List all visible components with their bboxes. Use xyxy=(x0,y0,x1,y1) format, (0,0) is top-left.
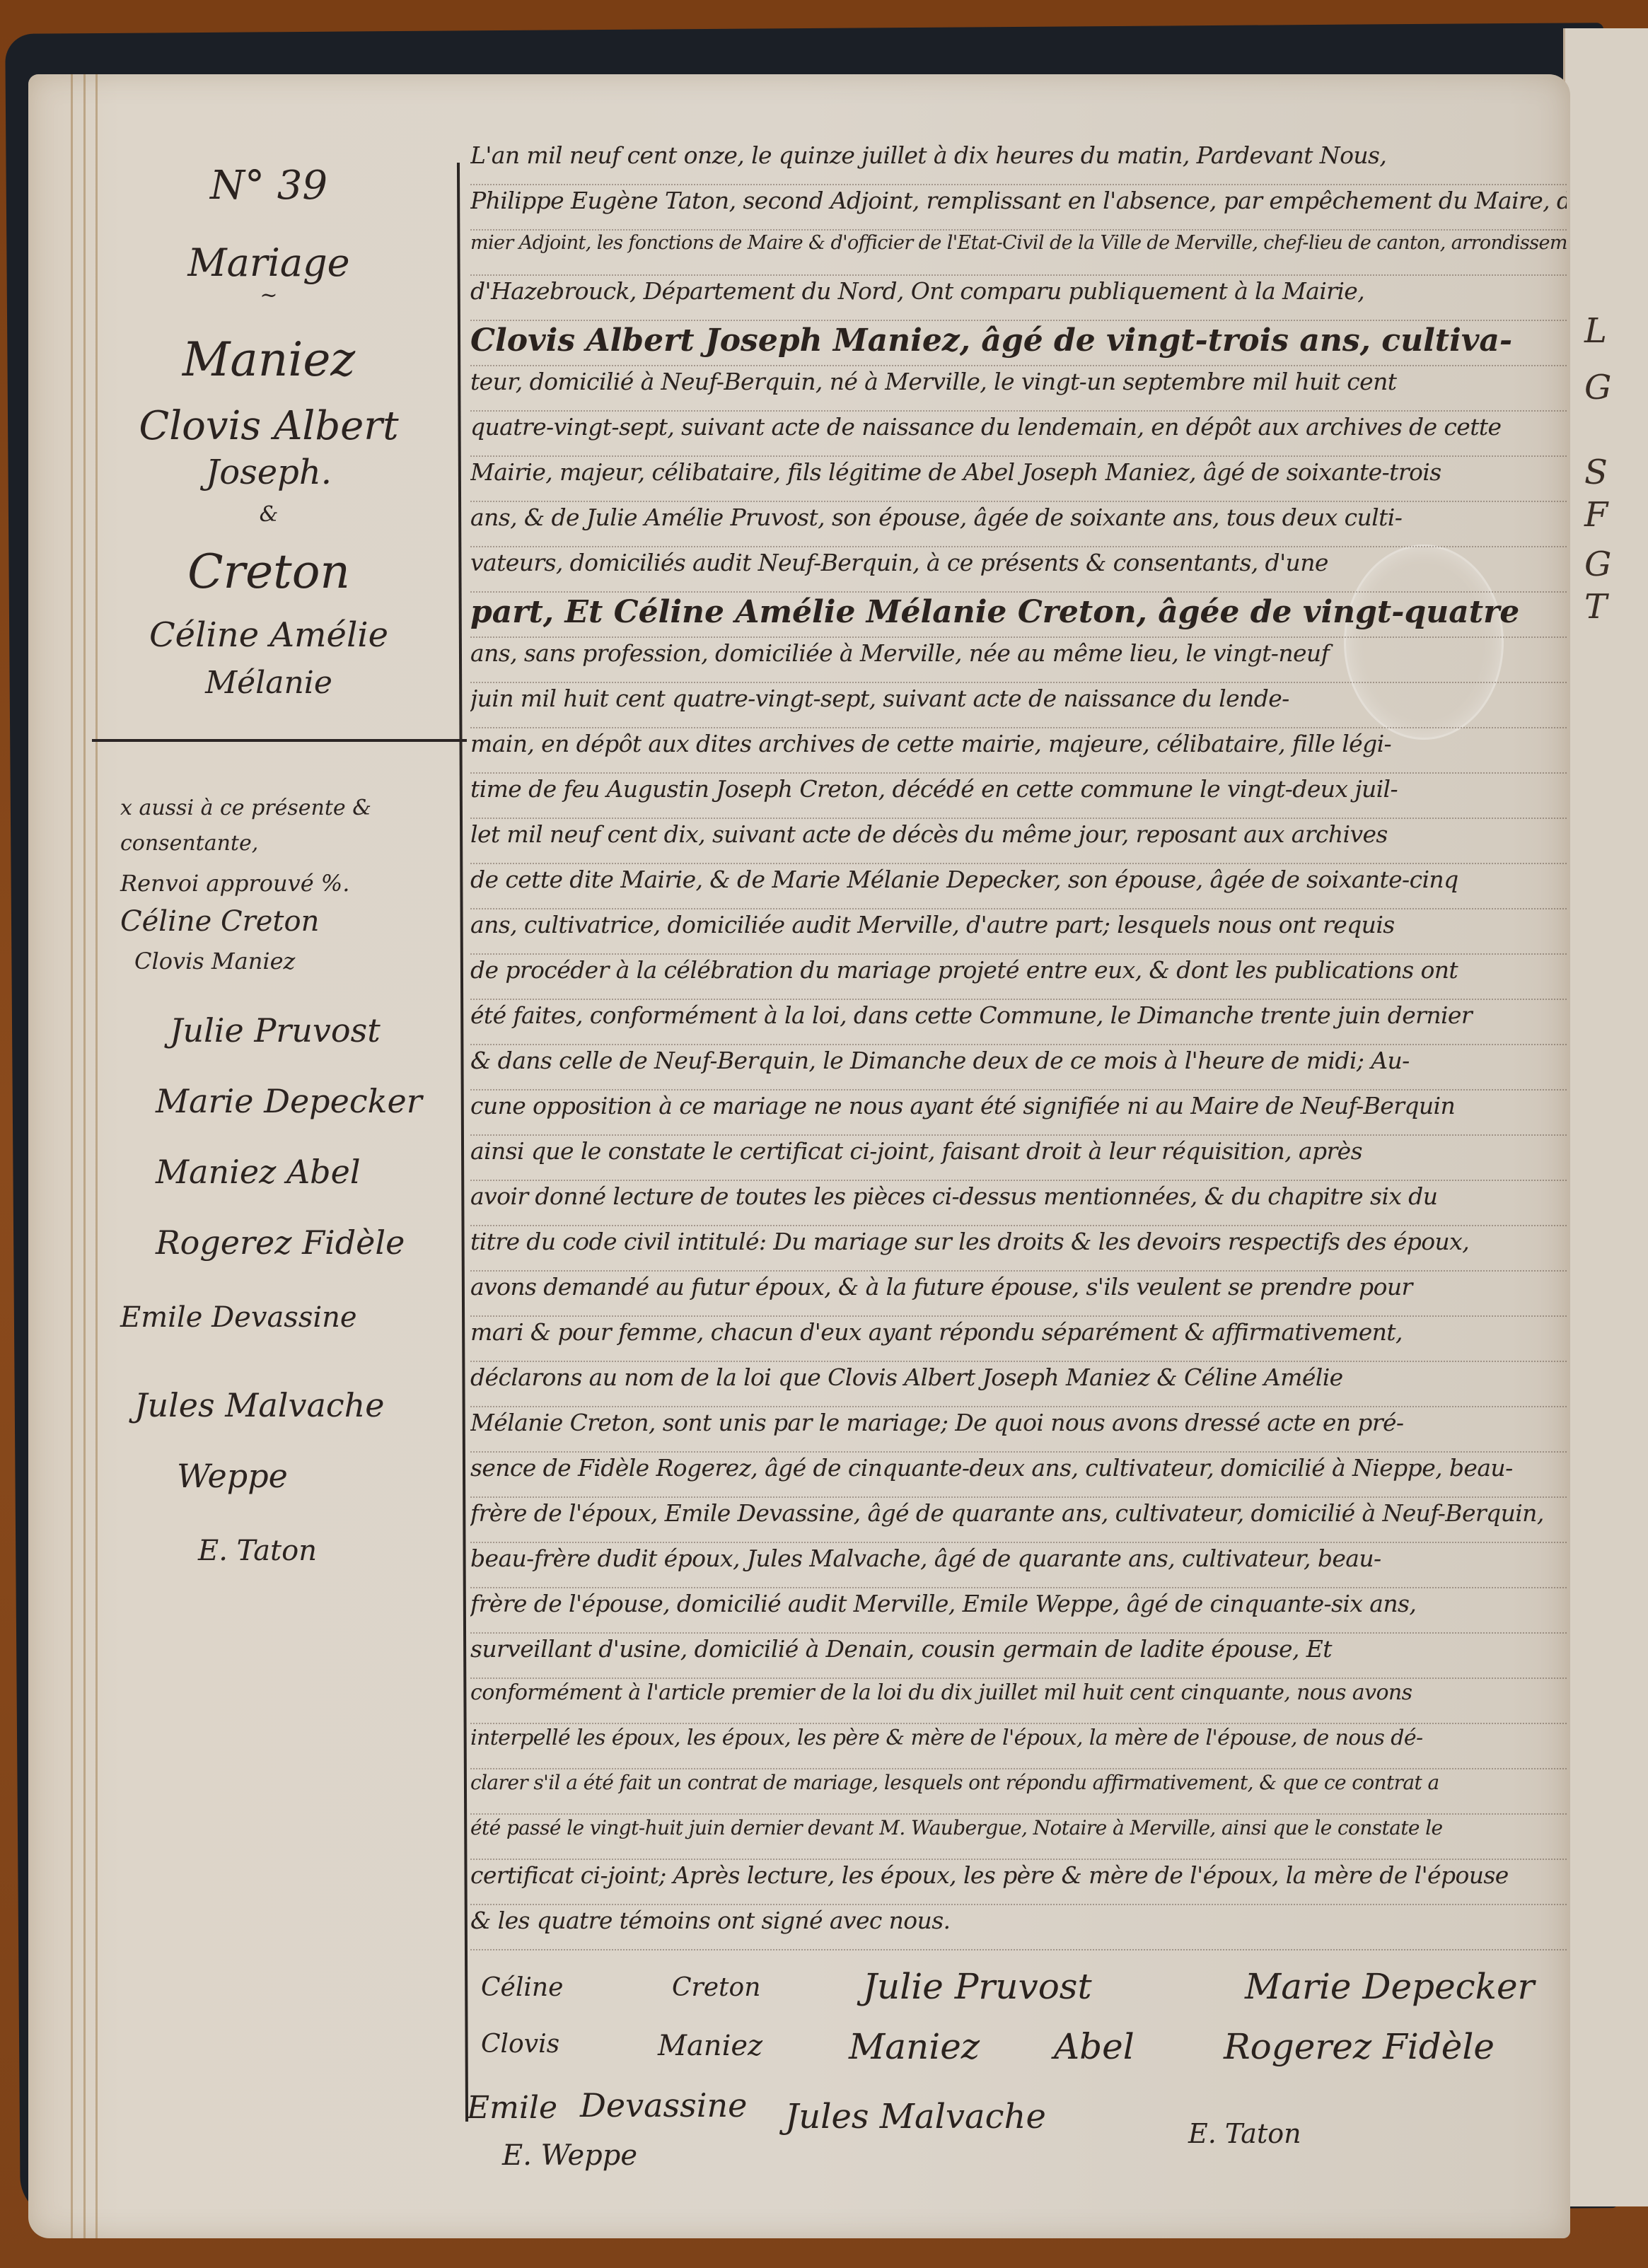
body-line: interpellé les époux, les époux, les pèr… xyxy=(470,1726,1567,1769)
margin-divider xyxy=(92,739,467,742)
body-line: ans, sans profession, domiciliée à Mervi… xyxy=(470,639,1567,683)
body-line: L'an mil neuf cent onze, le quinze juill… xyxy=(470,141,1567,185)
body-line: clarer s'il a été fait un contrat de mar… xyxy=(470,1771,1567,1815)
bride-given-names: Céline Amélie xyxy=(92,615,446,655)
signature: Céline Creton xyxy=(120,905,319,938)
margin-note-approval: Renvoi approuvé %. xyxy=(120,870,488,897)
signature: Creton xyxy=(672,1973,760,2002)
flourish-divider: ~ xyxy=(92,283,446,308)
facing-page-edge xyxy=(1563,28,1648,2206)
body-line: mari & pour femme, chacun d'eux ayant ré… xyxy=(470,1318,1567,1362)
body-line: certificat ci-joint; Après lecture, les … xyxy=(470,1861,1567,1905)
facing-page-fragment: L xyxy=(1584,311,1607,351)
bride-given-names-2: Mélanie xyxy=(92,665,446,701)
body-line: d'Hazebrouck, Département du Nord, Ont c… xyxy=(470,277,1567,321)
body-line: sence de Fidèle Rogerez, âgé de cinquant… xyxy=(470,1454,1567,1498)
signature: Emile xyxy=(467,2090,557,2126)
signature: Julie Pruvost xyxy=(170,1011,381,1049)
body-line: de cette dite Mairie, & de Marie Mélanie… xyxy=(470,866,1567,909)
facing-page-fragment: G xyxy=(1584,545,1611,584)
facing-page-fragment: F xyxy=(1584,495,1608,535)
body-line: Philippe Eugène Taton, second Adjoint, r… xyxy=(470,187,1567,231)
signature: Abel xyxy=(1054,2026,1135,2067)
act-number: N° 39 xyxy=(92,163,446,209)
signature: E. Weppe xyxy=(502,2139,637,2172)
signature: Clovis Maniez xyxy=(134,948,295,975)
body-line: ans, cultivatrice, domiciliée audit Merv… xyxy=(470,911,1567,955)
signature: E. Taton xyxy=(198,1535,317,1567)
facing-page-fragment: T xyxy=(1584,587,1607,627)
margin-note: consentante, xyxy=(120,831,488,856)
signature: Rogerez Fidèle xyxy=(1224,2026,1495,2067)
ampersand: & xyxy=(92,502,446,527)
signature: E. Taton xyxy=(1188,2118,1301,2149)
body-line: de procéder à la célébration du mariage … xyxy=(470,956,1567,1000)
body-line: ans, & de Julie Amélie Pruvost, son épou… xyxy=(470,504,1567,547)
body-line: time de feu Augustin Joseph Creton, décé… xyxy=(470,775,1567,819)
body-line-bride-name: part, Et Céline Amélie Mélanie Creton, â… xyxy=(470,594,1567,638)
groom-given-names-2: Joseph. xyxy=(92,453,446,492)
body-line: mier Adjoint, les fonctions de Maire & d… xyxy=(470,232,1567,276)
body-line: ainsi que le constate le certificat ci-j… xyxy=(470,1137,1567,1181)
signature: Céline xyxy=(481,1973,563,2002)
body-line: teur, domicilié à Neuf-Berquin, né à Mer… xyxy=(470,368,1567,412)
signature: Jules Malvache xyxy=(785,2097,1046,2136)
signature: Julie Pruvost xyxy=(863,1966,1092,2007)
body-line: été passé le vingt-huit juin dernier dev… xyxy=(470,1816,1567,1860)
body-line: let mil neuf cent dix, suivant acte de d… xyxy=(470,820,1567,864)
body-line: titre du code civil intitulé: Du mariage… xyxy=(470,1228,1567,1272)
body-line: surveillant d'usine, domicilié à Denain,… xyxy=(470,1635,1567,1679)
body-line: cune opposition à ce mariage ne nous aya… xyxy=(470,1092,1567,1136)
body-line: Mélanie Creton, sont unis par le mariage… xyxy=(470,1409,1567,1453)
body-line: juin mil huit cent quatre-vingt-sept, su… xyxy=(470,685,1567,728)
body-line: frère de l'époux, Emile Devassine, âgé d… xyxy=(470,1499,1567,1543)
signature: Rogerez Fidèle xyxy=(156,1223,405,1262)
body-line: été faites, conformément à la loi, dans … xyxy=(470,1001,1567,1045)
groom-given-names: Clovis Albert xyxy=(92,403,446,449)
body-line-groom-name: Clovis Albert Joseph Maniez, âgé de ving… xyxy=(470,322,1567,366)
body-line: beau-frère dudit époux, Jules Malvache, … xyxy=(470,1545,1567,1588)
signature: Weppe xyxy=(177,1457,288,1495)
groom-surname: Maniez xyxy=(92,332,446,387)
body-line: déclarons au nom de la loi que Clovis Al… xyxy=(470,1363,1567,1407)
body-line: conformément à l'article premier de la l… xyxy=(470,1680,1567,1724)
body-line: avoir donné lecture de toutes les pièces… xyxy=(470,1182,1567,1226)
bride-surname: Creton xyxy=(92,545,446,599)
body-line: vateurs, domiciliés audit Neuf-Berquin, … xyxy=(470,549,1567,593)
margin-note: x aussi à ce présente & xyxy=(120,796,488,820)
signature: Jules Malvache xyxy=(134,1386,385,1424)
signature: Maniez xyxy=(658,2030,762,2062)
body-line: main, en dépôt aux dites archives de cet… xyxy=(470,730,1567,774)
signature: Marie Depecker xyxy=(156,1082,422,1120)
signature: Maniez xyxy=(849,2026,980,2067)
signature: Emile Devassine xyxy=(120,1301,357,1334)
body-line: frère de l'épouse, domicilié audit Mervi… xyxy=(470,1590,1567,1634)
signature: Devassine xyxy=(580,2086,747,2124)
signature: Marie Depecker xyxy=(1245,1966,1534,2007)
body-line: quatre-vingt-sept, suivant acte de naiss… xyxy=(470,413,1567,457)
body-line: & dans celle de Neuf-Berquin, le Dimanch… xyxy=(470,1047,1567,1091)
facing-page-fragment: G xyxy=(1584,368,1611,407)
body-line: & les quatre témoins ont signé avec nous… xyxy=(470,1907,1567,1950)
body-line: avons demandé au futur époux, & à la fut… xyxy=(470,1273,1567,1317)
signature: Maniez Abel xyxy=(156,1153,361,1191)
body-line: Mairie, majeur, célibataire, fils légiti… xyxy=(470,458,1567,502)
act-type: Mariage xyxy=(92,240,446,285)
facing-page-fragment: S xyxy=(1584,453,1608,492)
signature: Clovis xyxy=(481,2030,559,2059)
margin-column: N° 39 Mariage ~ Maniez Clovis Albert Jos… xyxy=(92,141,446,1980)
